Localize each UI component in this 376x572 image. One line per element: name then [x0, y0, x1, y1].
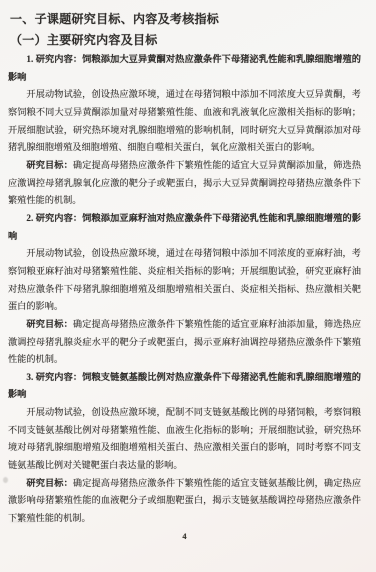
- research-item-2-title: 2. 研究内容：饲粮添加亚麻籽油对热应激条件下母猪泌乳性能和乳腺细胞增殖的影响: [8, 210, 361, 245]
- document-page: 一、子课题研究目标、内容及考核指标 （一）主要研究内容及目标 1. 研究内容：饲…: [0, 0, 376, 572]
- research-item-3-goal: 研究目标：确定提高母猪热应激条件下繁殖性能的适宜支链氨基酸比例，确定热应激影响母…: [8, 475, 361, 528]
- research-item-1-title: 1. 研究内容：饲粮添加大豆异黄酮对热应激条件下母猪泌乳性能和乳腺细胞增殖的影响: [8, 51, 361, 86]
- research-item-1-content: 开展动物试验，创设热应激环境，通过在母猪饲粮中添加不同浓度大豆异黄酮，考察饲粮不…: [8, 86, 361, 157]
- research-item-3-title: 3. 研究内容：饲粮支链氨基酸比例对热应激条件下母猪泌乳性能和乳腺细胞增殖的影响: [8, 369, 361, 404]
- page-number: 4: [8, 531, 361, 541]
- chapter-heading: 一、子课题研究目标、内容及考核指标: [10, 9, 361, 30]
- research-item-2-content: 开展动物试验，创设热应激环境，通过在母猪饲粮中添加不同浓度的亚麻籽油，考察饲粮亚…: [8, 245, 361, 316]
- research-item-3-content: 开展动物试验，创设热应激环境，配制不同支链氨基酸比例的母猪饲粮，考察饲粮不同支链…: [8, 404, 361, 475]
- research-item-2-goal: 研究目标：确定提高母猪热应激条件下繁殖性能的适宜亚麻籽油添加量，筛选热应激调控母…: [8, 316, 361, 369]
- goal-label: 研究目标：: [26, 478, 73, 488]
- goal-label: 研究目标：: [26, 160, 73, 170]
- document-body: 1. 研究内容：饲粮添加大豆异黄酮对热应激条件下母猪泌乳性能和乳腺细胞增殖的影响…: [8, 51, 361, 528]
- research-item-1-goal: 研究目标：确定提高母猪热应激条件下繁殖性能的适宜大豆异黄酮添加量，筛选热应激调控…: [8, 157, 361, 210]
- section-heading: （一）主要研究内容及目标: [10, 30, 361, 51]
- goal-label: 研究目标：: [26, 319, 73, 329]
